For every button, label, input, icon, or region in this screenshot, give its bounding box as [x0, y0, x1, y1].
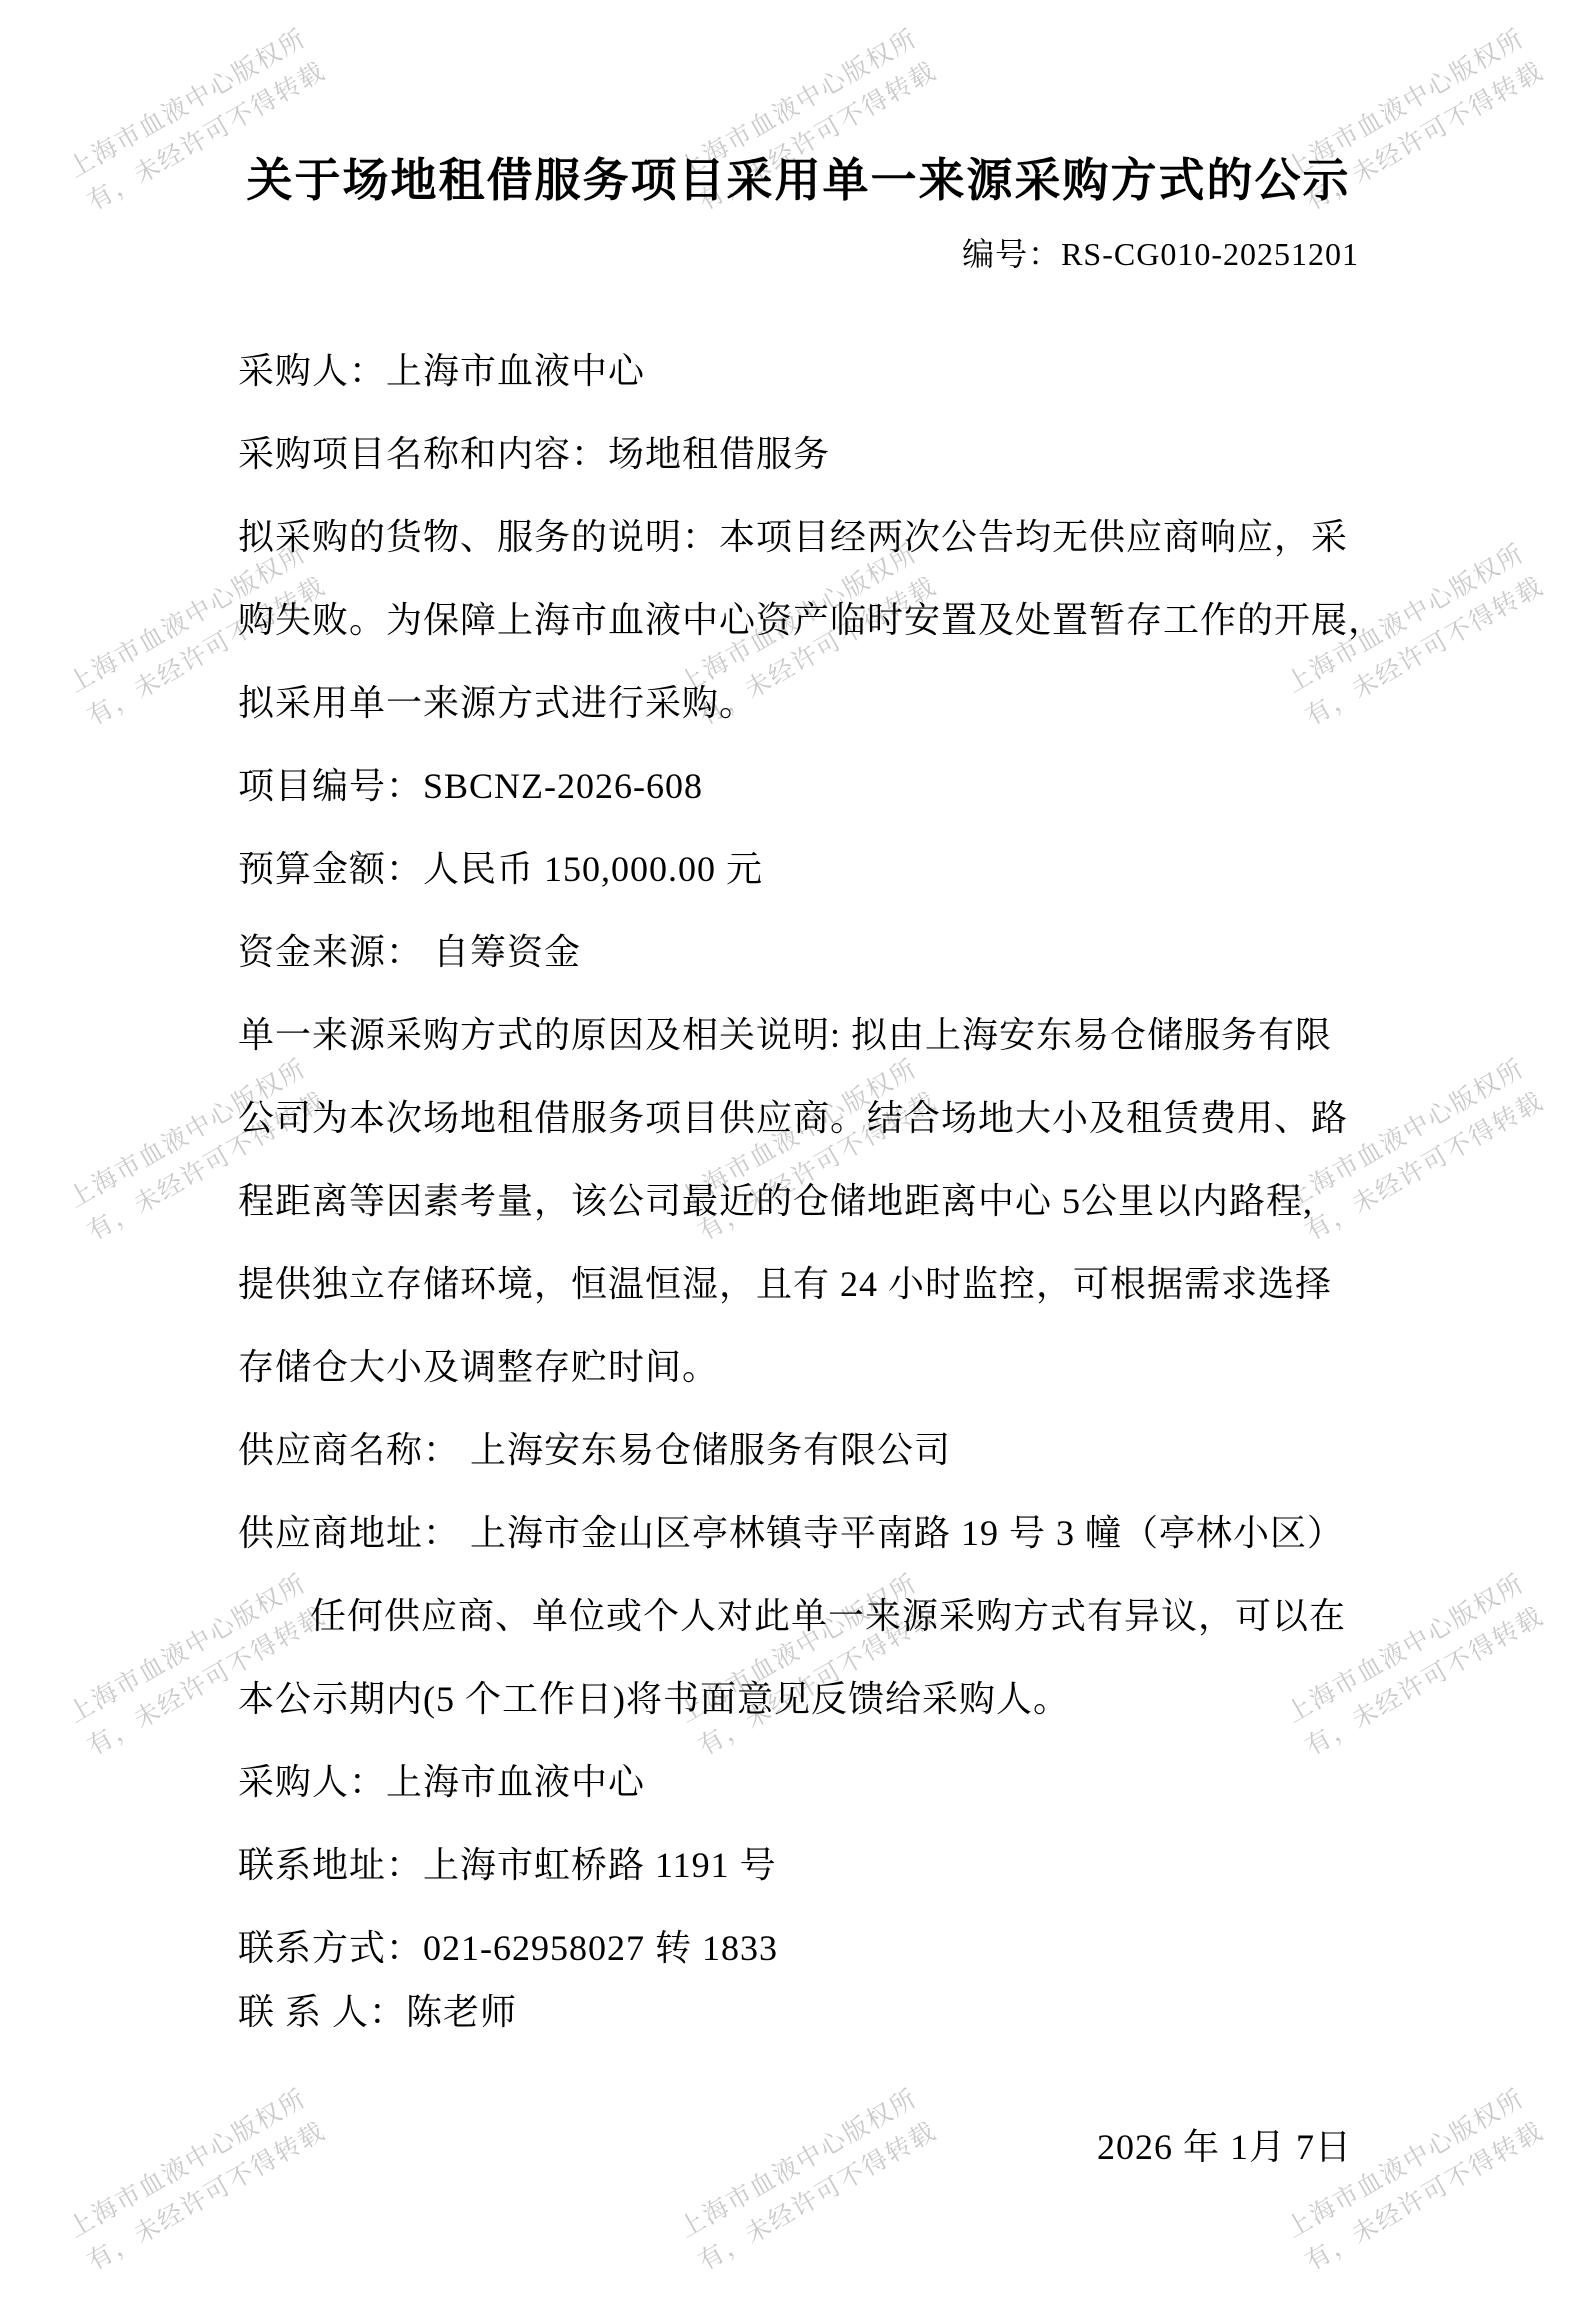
document-line: 本公示期内(5 个工作日)将书面意见反馈给采购人。: [238, 1658, 1587, 1741]
document-line: 购失败。为保障上海市血液中心资产临时安置及处置暂存工作的开展，: [238, 579, 1587, 662]
document-line: 拟采用单一来源方式进行采购。: [238, 662, 1587, 745]
document-date: 2026 年 1月 7日: [0, 2106, 1587, 2189]
document-line: 采购项目名称和内容：场地租借服务: [238, 413, 1587, 496]
document-line: 单一来源采购方式的原因及相关说明: 拟由上海安东易仓储服务有限: [238, 994, 1587, 1077]
document-line: 存储仓大小及调整存贮时间。: [238, 1326, 1587, 1409]
document-page: 上海市血液中心版权所有，未经许可不得转载上海市血液中心版权所有，未经许可不得转载…: [0, 0, 1587, 2310]
document-line: 联系方式：021-62958027 转 1833: [238, 1907, 1587, 1990]
document-line: 拟采购的货物、服务的说明：本项目经两次公告均无供应商响应，采: [238, 496, 1587, 579]
document-line: 联 系 人：陈老师: [238, 1990, 1587, 2034]
document-line: 资金来源： 自筹资金: [238, 911, 1587, 994]
document-line: 采购人：上海市血液中心: [238, 1741, 1587, 1824]
document-line: 供应商地址： 上海市金山区亭林镇寺平南路 19 号 3 幢（亭林小区）: [238, 1492, 1587, 1575]
document-line: 采购人：上海市血液中心: [238, 330, 1587, 413]
document-title: 关于场地租借服务项目采用单一来源采购方式的公示: [238, 150, 1359, 210]
document-line: 提供独立存储环境，恒温恒湿，且有 24 小时监控，可根据需求选择: [238, 1243, 1587, 1326]
document-line: 联系地址：上海市虹桥路 1191 号: [238, 1824, 1587, 1907]
document-line: 任何供应商、单位或个人对此单一来源采购方式有异议，可以在: [238, 1575, 1587, 1658]
document-content: 关于场地租借服务项目采用单一来源采购方式的公示 编号：RS-CG010-2025…: [0, 150, 1587, 2189]
document-line: 程距离等因素考量，该公司最近的仓储地距离中心 5公里以内路程,: [238, 1160, 1587, 1243]
document-body: 采购人：上海市血液中心采购项目名称和内容：场地租借服务拟采购的货物、服务的说明：…: [0, 330, 1587, 2034]
document-line: 项目编号：SBCNZ-2026-608: [238, 745, 1587, 828]
document-line: 预算金额：人民币 150,000.00 元: [238, 828, 1587, 911]
document-line: 供应商名称： 上海安东易仓储服务有限公司: [238, 1409, 1587, 1492]
document-line: 公司为本次场地租借服务项目供应商。结合场地大小及租赁费用、路: [238, 1077, 1587, 1160]
document-number: 编号：RS-CG010-20251201: [0, 232, 1587, 276]
